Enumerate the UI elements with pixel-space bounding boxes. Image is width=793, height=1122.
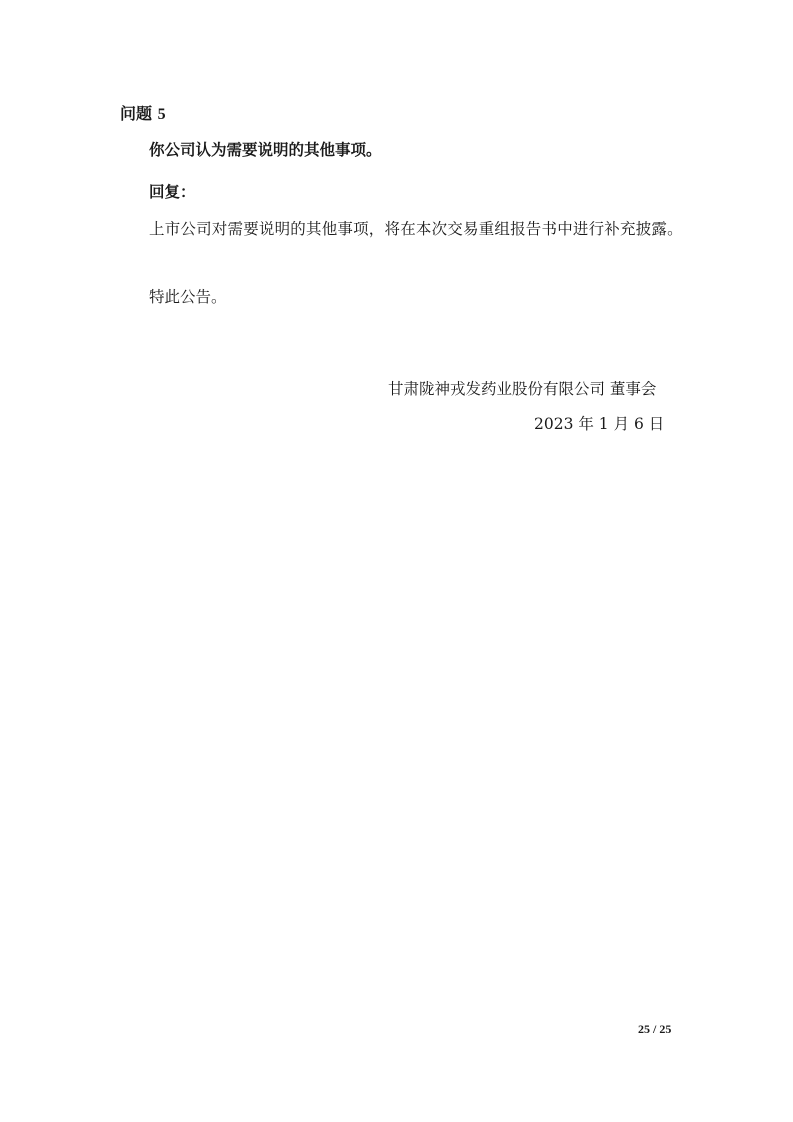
reply-label: 回复： — [149, 180, 196, 202]
section-heading: 问题 5 — [120, 101, 166, 124]
heading-number: 5 — [158, 106, 166, 123]
signature-date: 2023 年 1 月 6 日 — [534, 412, 664, 434]
closing-statement: 特此公告。 — [149, 285, 227, 307]
signature-company: 甘肃陇神戎发药业股份有限公司 董事会 — [388, 377, 656, 399]
heading-prefix: 问题 — [120, 104, 152, 123]
page-number: 25 / 25 — [638, 1022, 671, 1037]
reply-body: 上市公司对需要说明的其他事项，将在本次交易重组报告书中进行补充披露。 — [149, 217, 683, 239]
question-text: 你公司认为需要说明的其他事项。 — [149, 138, 382, 160]
